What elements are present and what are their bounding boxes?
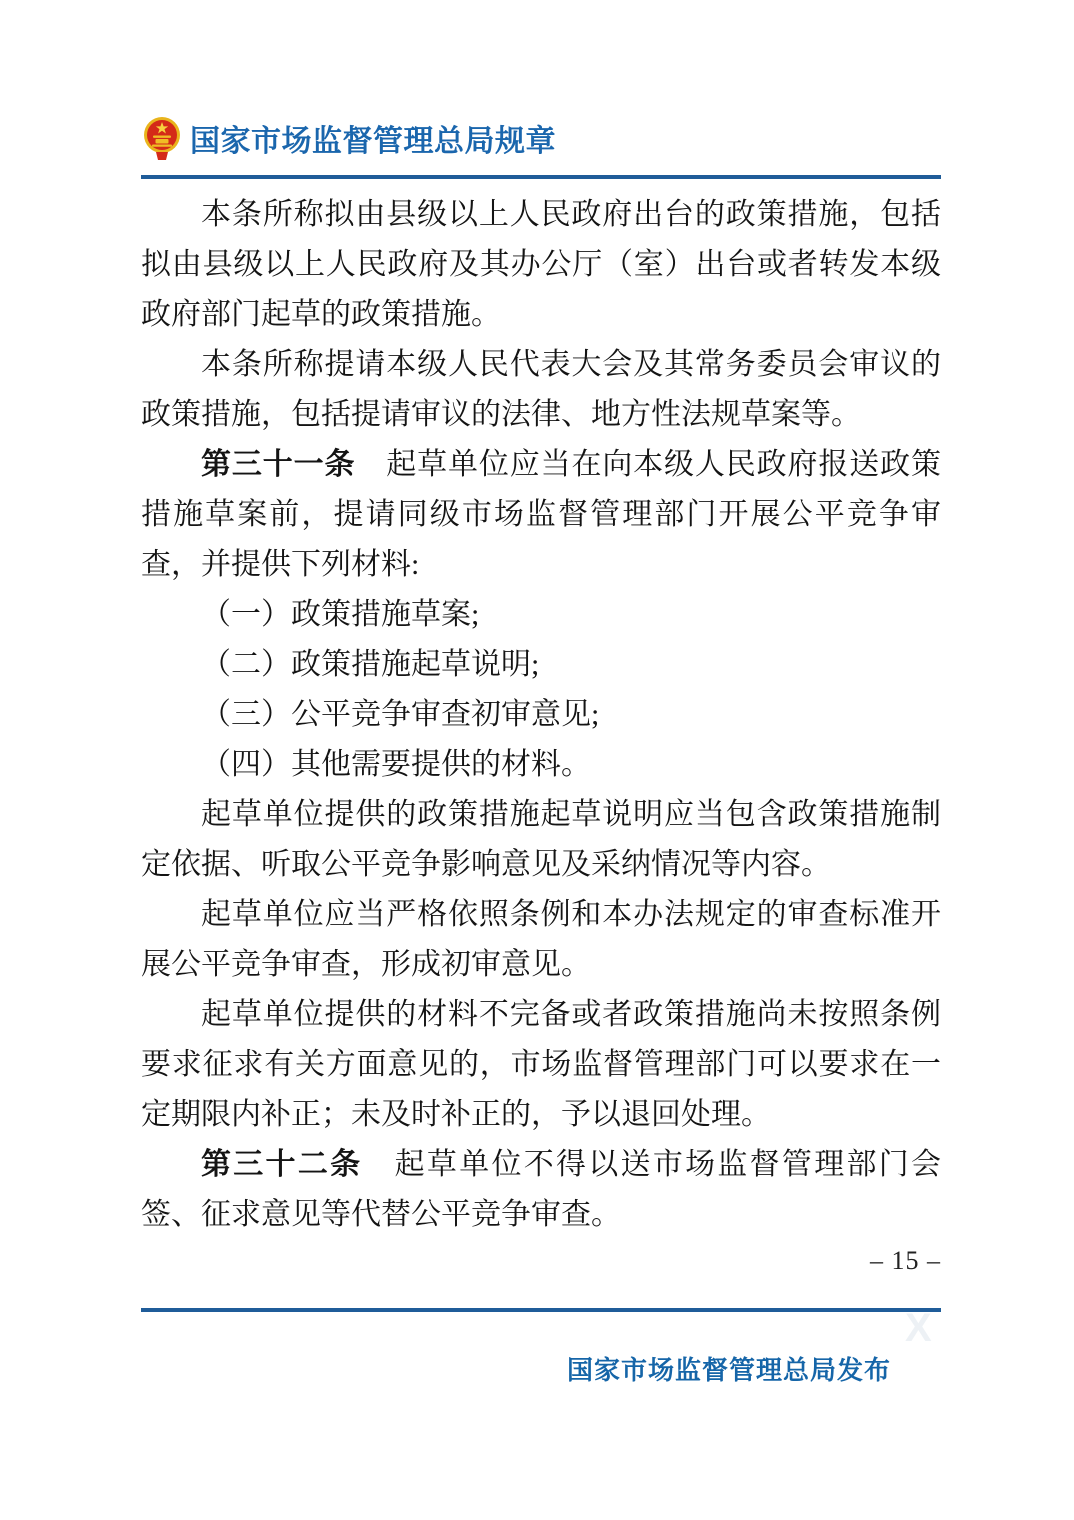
paragraph-text: 起草单位提供的材料不完备或者政策措施尚未按照条例要求征求有关方面意见的，市场监督… — [141, 998, 941, 1131]
page-title: 国家市场监督管理总局规章 — [190, 116, 556, 160]
paragraph-article-32: 第三十二条 起草单位不得以送市场监督管理部门会签、征求意见等代替公平竞争审查。 — [141, 1140, 941, 1240]
document-body: 本条所称拟由县级以上人民政府出台的政策措施，包括拟由县级以上人民政府及其办公厅（… — [141, 190, 941, 1240]
list-item-3: （三）公平竞争审查初审意见; — [141, 690, 941, 740]
paragraph-text: （二）政策措施起草说明; — [201, 648, 539, 681]
list-item-1: （一）政策措施草案; — [141, 590, 941, 640]
footer-rule — [141, 1308, 941, 1312]
paragraph-text: 起草单位提供的政策措施起草说明应当包含政策措施制定依据、听取公平竞争影响意见及采… — [141, 798, 941, 881]
paragraph-drafting-explanation: 起草单位提供的政策措施起草说明应当包含政策措施制定依据、听取公平竞争影响意见及采… — [141, 790, 941, 890]
header-rule — [141, 175, 941, 179]
paragraph-text: （四）其他需要提供的材料。 — [201, 748, 591, 781]
paragraph-scope-congress: 本条所称提请本级人民代表大会及其常务委员会审议的政策措施，包括提请审议的法律、地… — [141, 340, 941, 440]
paragraph-text: 本条所称提请本级人民代表大会及其常务委员会审议的政策措施，包括提请审议的法律、地… — [141, 348, 941, 431]
article-number: 第三十一条 — [201, 448, 355, 481]
paragraph-incomplete-materials: 起草单位提供的材料不完备或者政策措施尚未按照条例要求征求有关方面意见的，市场监督… — [141, 990, 941, 1140]
china-national-emblem-icon — [143, 116, 181, 160]
list-item-2: （二）政策措施起草说明; — [141, 640, 941, 690]
watermark-x: X — [905, 1306, 932, 1351]
paragraph-scope-government: 本条所称拟由县级以上人民政府出台的政策措施，包括拟由县级以上人民政府及其办公厅（… — [141, 190, 941, 340]
document-page: 国家市场监督管理总局规章 本条所称拟由县级以上人民政府出台的政策措施，包括拟由县… — [0, 0, 1074, 1520]
article-number: 第三十二条 — [201, 1148, 362, 1181]
paragraph-text: （三）公平竞争审查初审意见; — [201, 698, 599, 731]
paragraph-text: 本条所称拟由县级以上人民政府出台的政策措施，包括拟由县级以上人民政府及其办公厅（… — [141, 198, 941, 331]
list-item-4: （四）其他需要提供的材料。 — [141, 740, 941, 790]
page-number: – 15 – — [141, 1246, 941, 1276]
paragraph-article-31: 第三十一条 起草单位应当在向本级人民政府报送政策措施草案前，提请同级市场监督管理… — [141, 440, 941, 590]
paragraph-text: 起草单位应当严格依照条例和本办法规定的审查标准开展公平竞争审查，形成初审意见。 — [141, 898, 941, 981]
paragraph-text: （一）政策措施草案; — [201, 598, 479, 631]
paragraph-review-standard: 起草单位应当严格依照条例和本办法规定的审查标准开展公平竞争审查，形成初审意见。 — [141, 890, 941, 990]
publisher-label: 国家市场监督管理总局发布 — [141, 1350, 891, 1387]
page-header: 国家市场监督管理总局规章 — [143, 116, 556, 160]
